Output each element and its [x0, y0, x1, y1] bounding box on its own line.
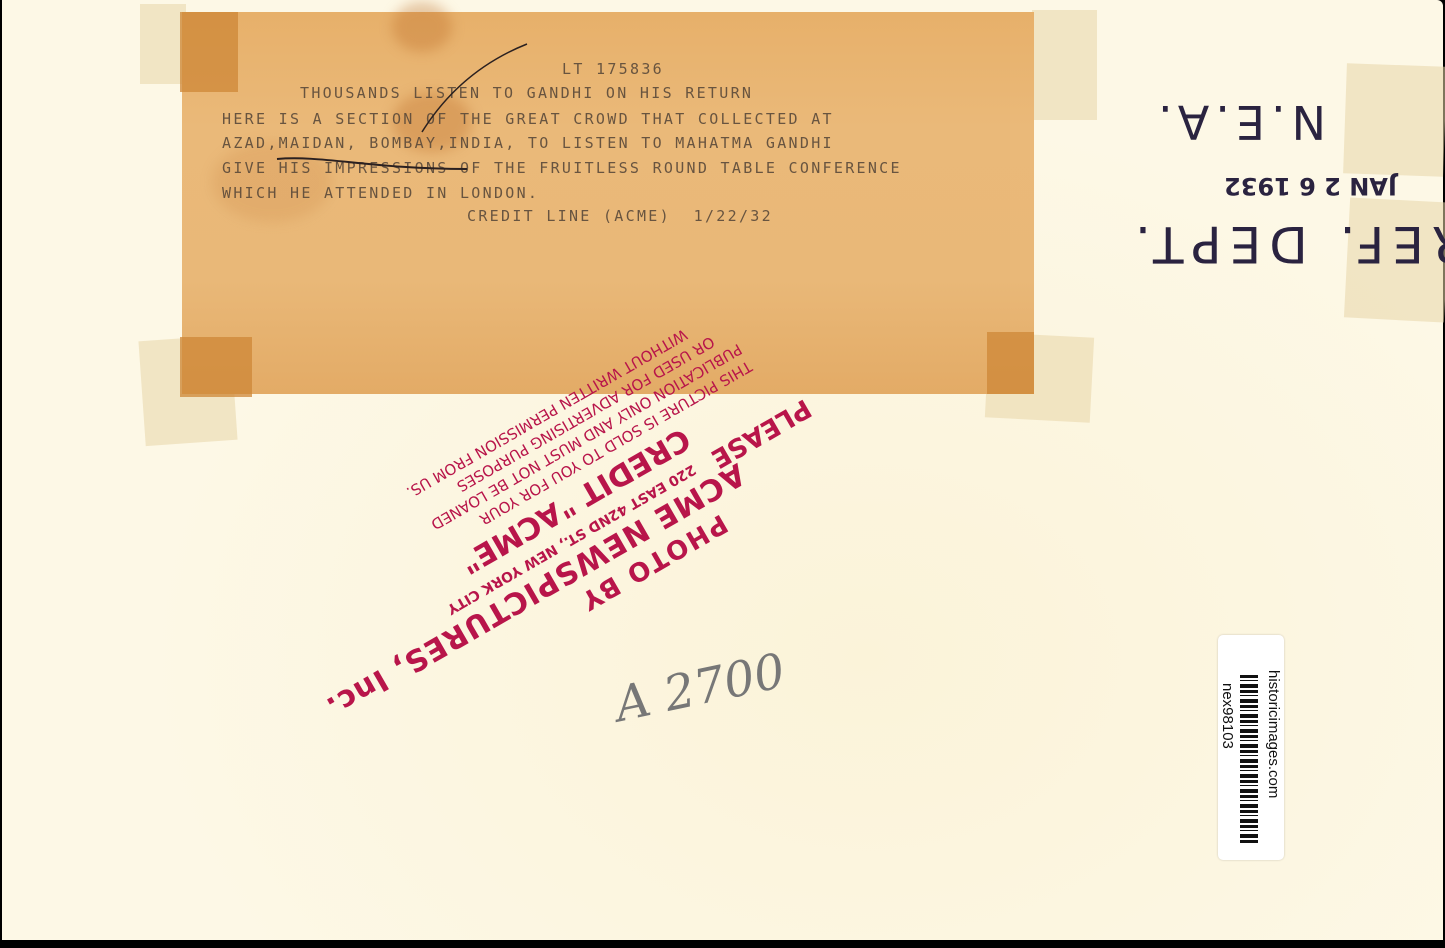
tape-right-edge-top: [1343, 63, 1445, 176]
barcode-icon: [1240, 675, 1258, 845]
pen-underline: [272, 147, 472, 177]
label-code: nex98103: [1219, 683, 1236, 749]
ref-dept-stamp: REF. DEPT.: [1127, 215, 1445, 273]
photo-back: LT 175836 THOUSANDS LISTEN TO GANDHI ON …: [2, 0, 1443, 940]
date-stamp: JAN 2 6 1932: [1224, 172, 1397, 200]
nea-stamp: N.E.A.: [1152, 95, 1326, 149]
tape-clip-top-left: [180, 12, 238, 92]
label-site: historicimages.com: [1265, 670, 1282, 798]
acme-please: PLEASE: [706, 392, 816, 473]
pen-check-mark: [282, 42, 542, 162]
tape-clip-bottom-left: [180, 337, 252, 397]
tape-top-right: [1032, 10, 1097, 120]
tape-clip-bottom-right: [987, 332, 1034, 394]
pencil-inventory-note: A 2700: [610, 643, 790, 734]
caption-line-4: WHICH HE ATTENDED IN LONDON.: [222, 184, 539, 202]
inventory-label: historicimages.com nex98103: [1218, 635, 1284, 860]
credit-line: CREDIT LINE (ACME) 1/22/32: [467, 207, 773, 225]
caption-clipping: LT 175836 THOUSANDS LISTEN TO GANDHI ON …: [182, 12, 1034, 394]
reference-number: LT 175836: [562, 60, 664, 78]
